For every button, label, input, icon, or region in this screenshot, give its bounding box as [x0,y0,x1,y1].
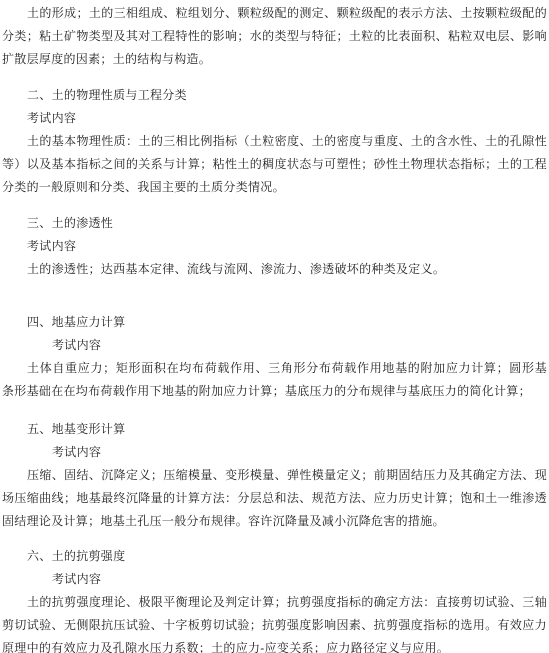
exam-content-label: 考试内容 [2,441,547,464]
paragraph-line: 剪切试验、无侧限抗压试验、十字板剪切试验；抗剪强度影响因素、抗剪强度指标的选用。… [2,614,547,637]
paragraph-line: 土的形成；土的三相组成、粒组划分、颗粒级配的测定、颗粒级配的表示方法、土按颗粒级… [2,2,547,25]
exam-content-label: 考试内容 [2,334,547,357]
section-heading: 三、土的渗透性 [2,212,547,235]
paragraph-line: 土的基本物理性质：土的三相比例指标（土粒密度、土的密度与重度、土的含水性、土的孔… [2,130,547,153]
paragraph-line: 压缩、固结、沉降定义；压缩模量、变形模量、弹性模量定义；前期固结压力及其确定方法… [2,464,547,487]
paragraph-line: 条形基础在在均布荷载作用下地基的附加应力计算；基底压力的分布规律与基底压力的简化… [2,380,547,403]
section-4-foundation-stress-calculation: 四、地基应力计算考试内容土体自重应力；矩形面积在均布荷载作用、三角形分布荷载作用… [2,311,547,403]
section-2-soil-physical-properties: 二、土的物理性质与工程分类考试内容土的基本物理性质：土的三相比例指标（土粒密度、… [2,84,547,199]
exam-content-label: 考试内容 [2,235,547,258]
section-5-foundation-deformation-calculation: 五、地基变形计算考试内容压缩、固结、沉降定义；压缩模量、变形模量、弹性模量定义；… [2,418,547,533]
document-body: 土的形成；土的三相组成、粒组划分、颗粒级配的测定、颗粒级配的表示方法、土按颗粒级… [2,2,547,653]
section-heading: 六、土的抗剪强度 [2,545,547,568]
paragraph-line: 场压缩曲线；地基最终沉降量的计算方法：分层总和法、规范方法、应力历史计算；饱和土… [2,487,547,510]
paragraph-line: 分类；粘土矿物类型及其对工程特性的影响；水的类型与特征；土粒的比表面积、粘粒双电… [2,25,547,48]
paragraph-line: 分类的一般原则和分类、我国主要的土质分类情况。 [2,176,547,199]
exam-content-label: 考试内容 [2,568,547,591]
paragraph-line: 扩散层厚度的因素；土的结构与构造。 [2,48,547,71]
document-page: 土的形成；土的三相组成、粒组划分、颗粒级配的测定、颗粒级配的表示方法、土按颗粒级… [0,0,549,653]
paragraph-line: 原理中的有效应力及孔隙水压力系数；土的应力-应变关系；应力路径定义与应用。 [2,637,547,653]
paragraph-line: 土的渗透性；达西基本定律、流线与流网、渗流力、渗透破坏的种类及定义。 [2,258,547,281]
paragraph-line: 土的抗剪强度理论、极限平衡理论及判定计算；抗剪强度指标的确定方法：直接剪切试验、… [2,591,547,614]
exam-content-label: 考试内容 [2,107,547,130]
paragraph-line: 固结理论及计算；地基土孔压一般分布规律。容许沉降量及减小沉降危害的措施。 [2,510,547,533]
section-heading: 五、地基变形计算 [2,418,547,441]
intro-continued-paragraph: 土的形成；土的三相组成、粒组划分、颗粒级配的测定、颗粒级配的表示方法、土按颗粒级… [2,2,547,71]
section-heading: 四、地基应力计算 [2,311,547,334]
section-3-soil-permeability: 三、土的渗透性考试内容土的渗透性；达西基本定律、流线与流网、渗流力、渗透破坏的种… [2,212,547,281]
paragraph-line: 土体自重应力；矩形面积在均布荷载作用、三角形分布荷载作用地基的附加应力计算；圆形… [2,357,547,380]
paragraph-line: 等）以及基本指标之间的关系与计算；粘性土的稠度状态与可塑性；砂性土物理状态指标；… [2,153,547,176]
section-6-soil-shear-strength: 六、土的抗剪强度考试内容土的抗剪强度理论、极限平衡理论及判定计算；抗剪强度指标的… [2,545,547,653]
section-heading: 二、土的物理性质与工程分类 [2,84,547,107]
